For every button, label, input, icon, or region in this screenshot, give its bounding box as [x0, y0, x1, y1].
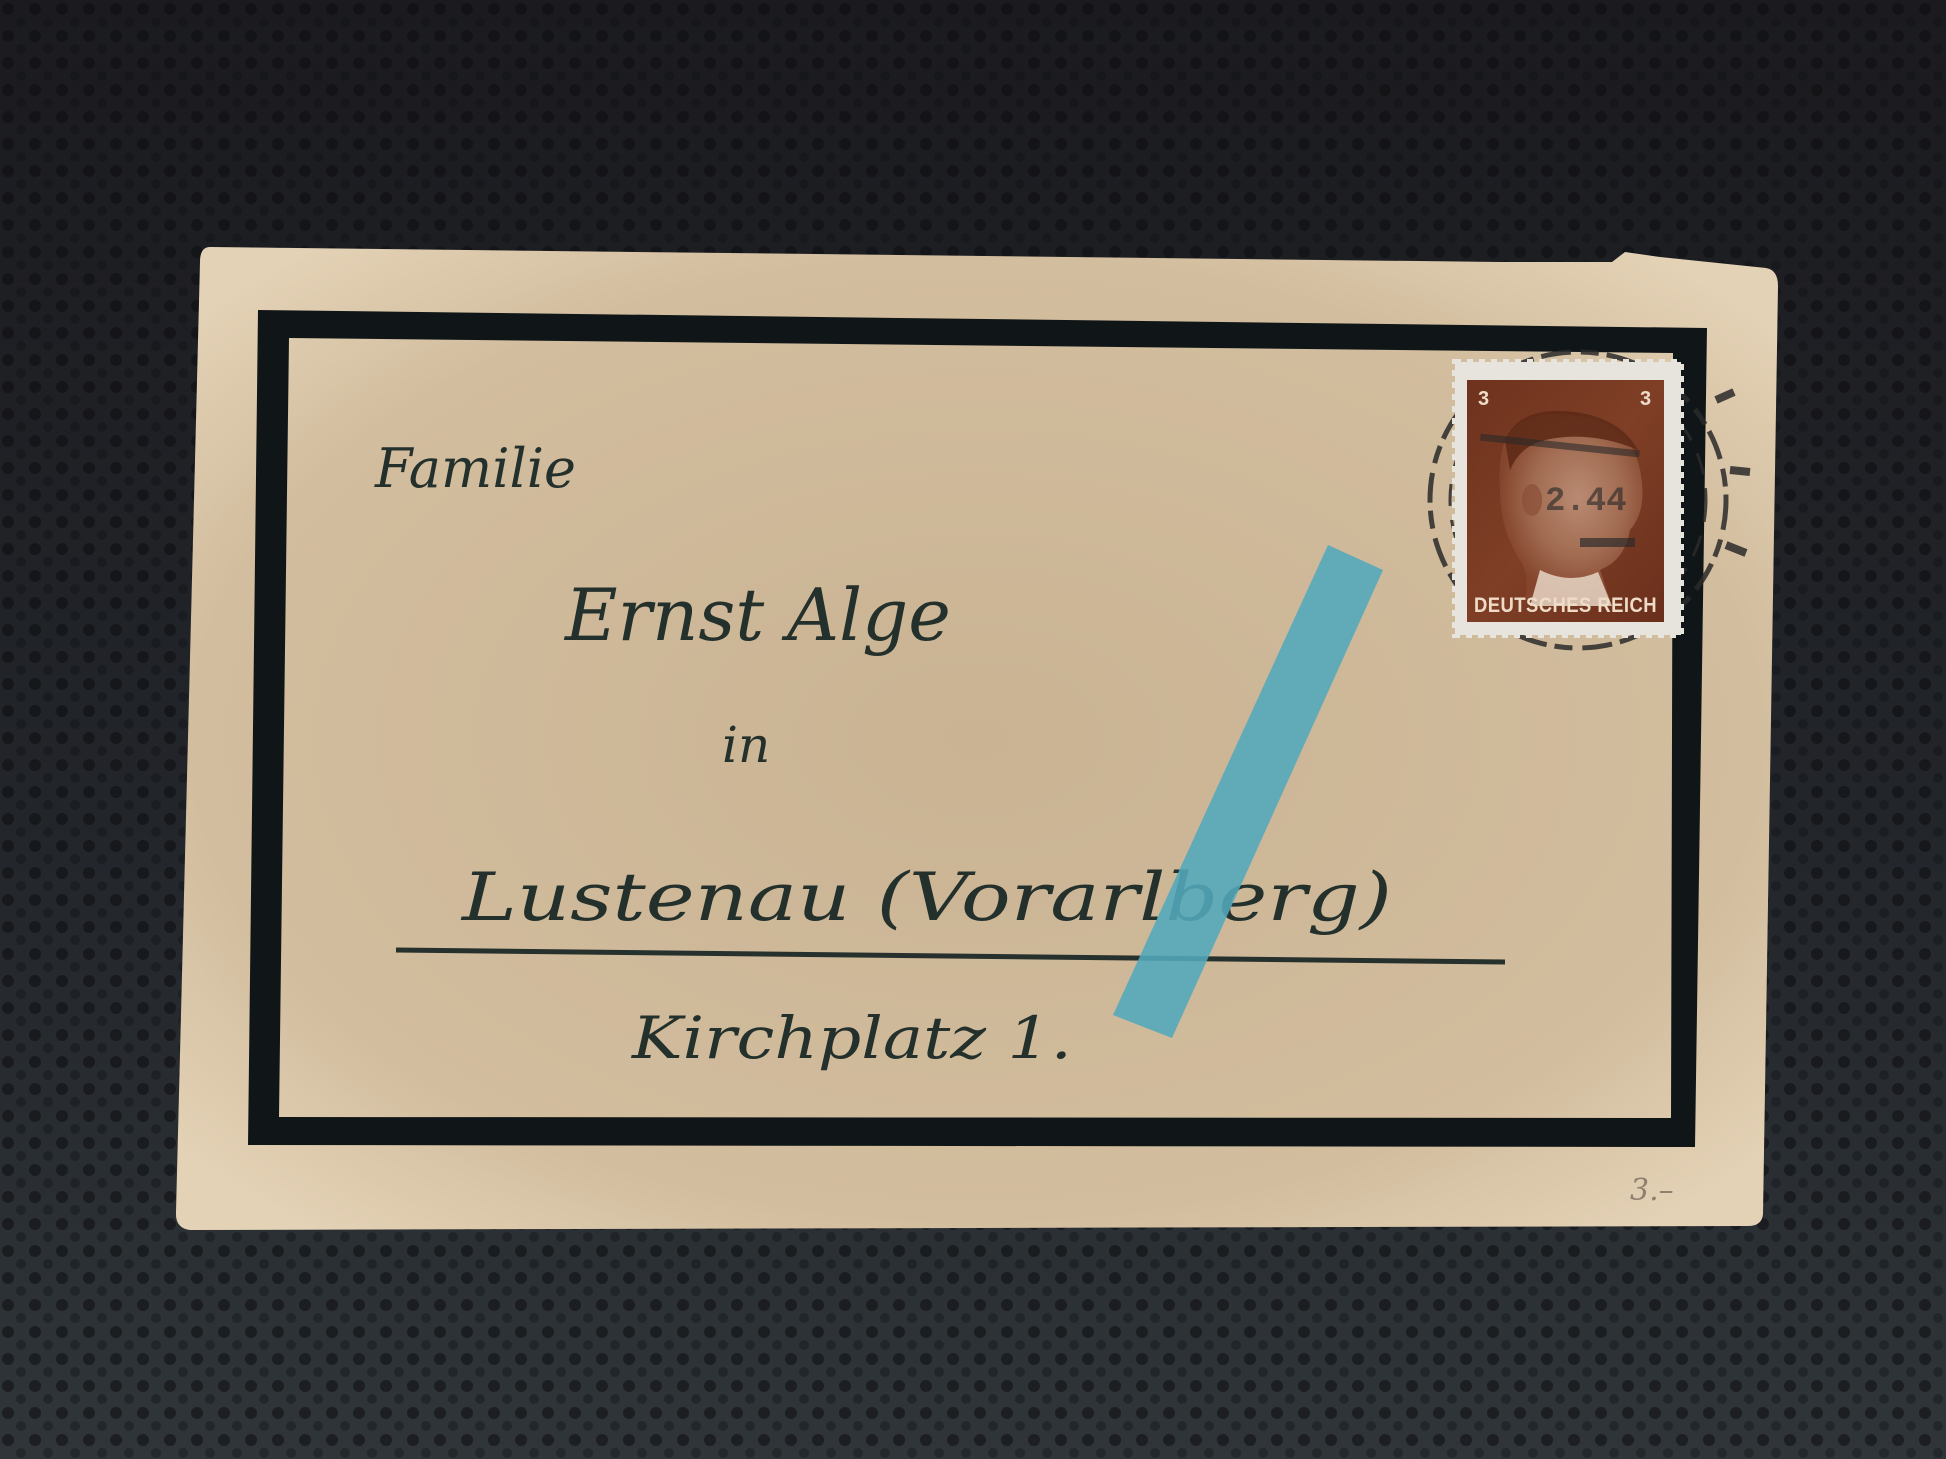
- pencil-note: 3.–: [1630, 1173, 1674, 1208]
- address-line-city: Lustenau (Vorarlberg): [461, 859, 1392, 936]
- address-line-familie: Familie: [374, 437, 576, 500]
- address-line-street: Kirchplatz 1.: [631, 1004, 1072, 1072]
- stamp-value-right: 3: [1640, 388, 1652, 410]
- address-line-name: Ernst Alge: [563, 573, 951, 657]
- stamp-value-left: 3: [1478, 388, 1490, 410]
- stamp-country-text: DEUTSCHES REICH: [1474, 594, 1657, 617]
- envelope: 3 3 DEUTSCHES REICH 2.44 Familie Ernst A…: [176, 247, 1778, 1230]
- address-line-in: in: [722, 716, 770, 774]
- postmark-date: 2.44: [1545, 483, 1627, 521]
- photo-scene: 3 3 DEUTSCHES REICH 2.44 Familie Ernst A…: [0, 0, 1946, 1459]
